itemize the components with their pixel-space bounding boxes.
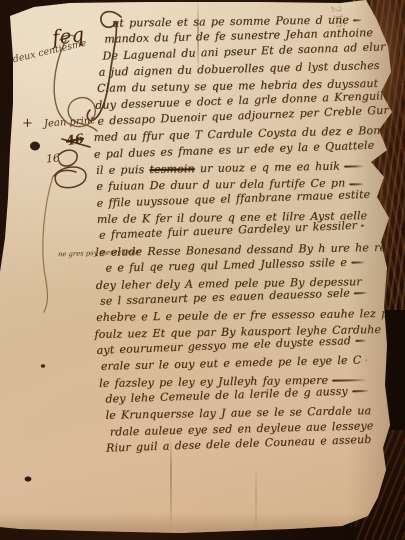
- manuscript-line: e frameate fuir aueure Gardeley ur kessi…: [93, 218, 367, 245]
- line-end-filler-stroke: [349, 183, 364, 185]
- line-end-filler-stroke: [351, 262, 366, 264]
- margin-number-struck: 46: [65, 132, 85, 150]
- line-end-filler-stroke: [344, 166, 364, 168]
- photo-background: Maur feq deux centiesme + Jean print 46 …: [0, 0, 405, 540]
- line-end-filler-stroke: [354, 292, 368, 294]
- manuscript-line: erale sur le ouy eut e emede pe le eye l…: [95, 352, 369, 375]
- line-end-filler-stroke: [332, 379, 367, 381]
- manuscript-line: e fuiuan De duur d uur dela furtife Ce p…: [92, 176, 366, 196]
- margin-name-note: Jean print: [44, 115, 95, 129]
- manuscript-line: mle de K fer il doure q ene et lilre Ays…: [93, 208, 367, 228]
- manuscript-line: De Laguenal du ani pseur Et de saonna ad…: [92, 40, 366, 65]
- manuscript-line: il e puis tesmoin ur uouz e q me ea huik: [92, 158, 366, 179]
- manuscript-line: ut pursale et sa pe somme Poune d une: [90, 12, 364, 32]
- manuscript-line: le Krunquersse lay J aue se le se Cardal…: [95, 403, 369, 424]
- manuscript-line: le elude Resse Bonesand dessand By h ure…: [93, 240, 367, 261]
- line-end-filler-stroke: [352, 390, 370, 393]
- manuscript-line: e e ful qe rueg qul Lmed Jullesso ssile …: [93, 254, 367, 277]
- manuscript-line: Riur guil a dese dele dele Couneau e ass…: [98, 432, 372, 457]
- manuscript-line: e ffile uuyssoue que el ffanbrane rmaue …: [94, 187, 368, 212]
- margin-note-corner: Maur: [14, 0, 34, 13]
- interlinear-insertion: ne gres psy messy fesyr: [58, 248, 140, 259]
- margin-cross-mark: +: [22, 116, 33, 131]
- manuscript-line: se l ssaraneurt pe es eauen deauesso sel…: [96, 285, 370, 310]
- manuscript-line: med au ffur que T Cardule Coysta du dez …: [92, 124, 366, 147]
- paper-crease-top: [197, 2, 199, 74]
- margin-duty-note: deux centiesme: [12, 38, 88, 66]
- margin-number: 16: [45, 151, 60, 165]
- line-end-filler-stroke: [365, 360, 367, 362]
- line-end-filler-stroke: [355, 340, 367, 342]
- paper-crease-bottom: [170, 436, 172, 532]
- text-block: ut pursale et sa pe somme Poune d uneman…: [90, 12, 370, 457]
- line-end-filler-stroke: [361, 225, 365, 227]
- manuscript-line: rdale auleue eye sed en deyleue aue less…: [96, 418, 370, 441]
- paper-crease-bottom-right: [255, 470, 257, 532]
- manuscript-line: e pal dues es fmane es ur ede ey la e Qu…: [94, 138, 368, 163]
- manuscript-line: ayt eourumeur gessyo me ele duyste essad: [94, 332, 368, 359]
- verso-showthrough-mark: 216: [328, 4, 347, 30]
- line-end-filler-stroke: [353, 19, 362, 21]
- manuscript-line: duy desseruue e doct e la grle donne a K…: [93, 89, 367, 114]
- manuscript-line: e dessapo Duenoir que adjournez per Creb…: [91, 104, 365, 131]
- manuscript-line: Clam du setuny se que me hebria des duys…: [91, 77, 365, 98]
- manuscript-page: Maur feq deux centiesme + Jean print 46 …: [0, 0, 405, 540]
- manuscript-line: le fazsley pe ley ey Julleyh fay empere: [95, 372, 369, 392]
- manuscript-line: mandox du fur de fe sunestre Jehan antho…: [90, 26, 364, 49]
- manuscript-line: a jud aignen du dobuerolles que d lyst d…: [91, 58, 365, 81]
- margin-fee-mark: feq: [51, 22, 86, 50]
- manuscript-line: dey lehe Cemeule de la lerile de g aussy: [97, 383, 371, 408]
- manuscript-line: foulz uez Et que par By kausport leyhe C…: [94, 322, 368, 343]
- manuscript-line: dey leher dely A emed pele pue By depess…: [94, 274, 368, 294]
- manuscript-line: ehebre e L e peule de er fre essesso eau…: [94, 306, 368, 326]
